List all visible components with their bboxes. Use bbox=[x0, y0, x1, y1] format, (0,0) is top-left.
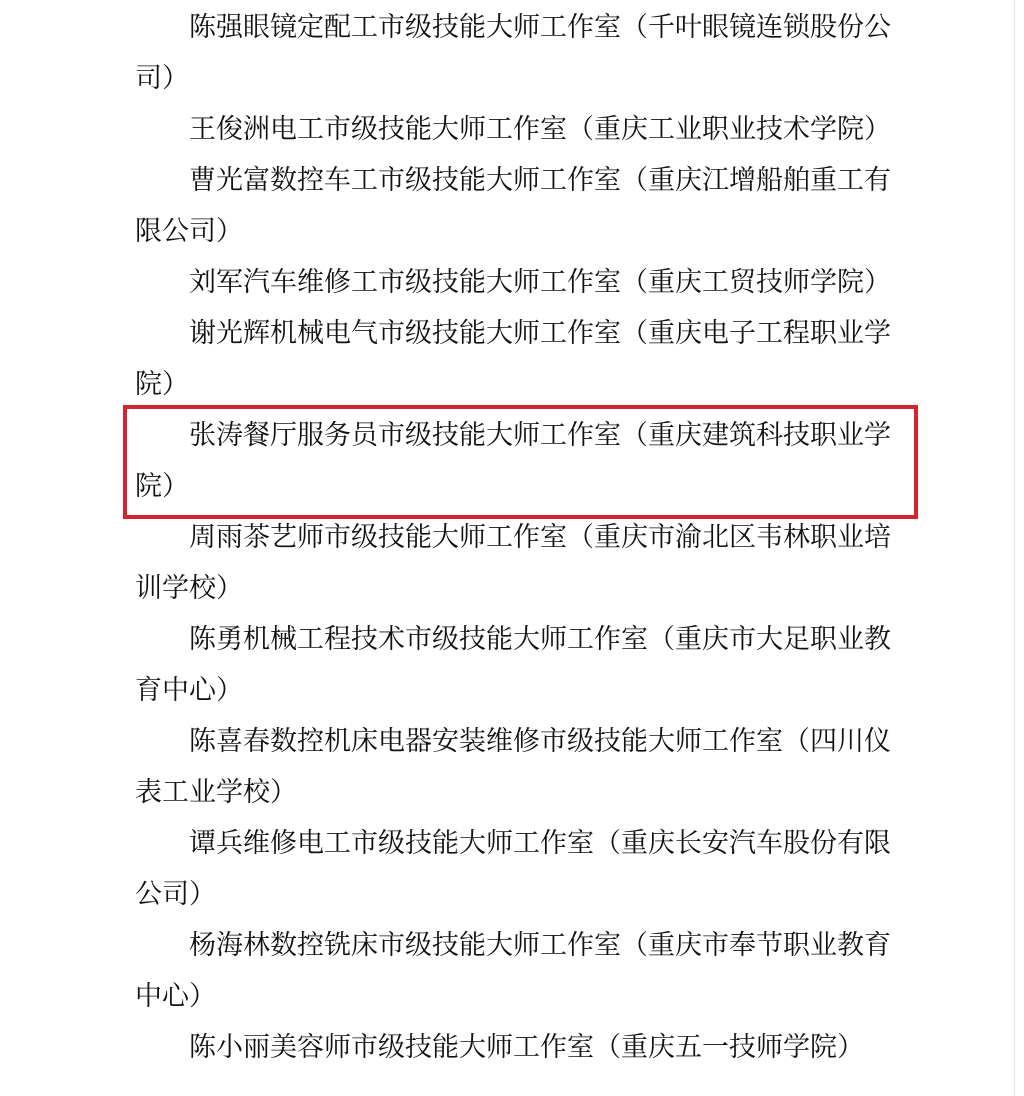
workshop-entry: 刘军汽车维修工市级技能大师工作室（重庆工贸技师学院） bbox=[135, 257, 899, 308]
workshop-entry: 陈勇机械工程技术市级技能大师工作室（重庆市大足职业教 育中心） bbox=[135, 614, 899, 716]
workshop-entry-highlighted: 张涛餐厅服务员市级技能大师工作室（重庆建筑科技职业学 院） bbox=[123, 405, 918, 519]
workshop-entry: 杨海林数控铣床市级技能大师工作室（重庆市奉节职业教育 中心） bbox=[135, 920, 899, 1022]
workshop-entry: 谢光辉机械电气市级技能大师工作室（重庆电子工程职业学 院） bbox=[135, 308, 899, 410]
workshop-entry: 陈喜春数控机床电器安装维修市级技能大师工作室（四川仪 表工业学校） bbox=[135, 716, 899, 818]
workshop-entry: 陈强眼镜定配工市级技能大师工作室（千叶眼镜连锁股份公 司） bbox=[135, 2, 899, 104]
workshop-entry: 王俊洲电工市级技能大师工作室（重庆工业职业技术学院） bbox=[135, 104, 899, 155]
workshop-entry: 谭兵维修电工市级技能大师工作室（重庆长安汽车股份有限 公司） bbox=[135, 818, 899, 920]
page-edge-line bbox=[1014, 0, 1015, 1096]
workshop-entry: 周雨茶艺师市级技能大师工作室（重庆市渝北区韦林职业培 训学校） bbox=[135, 512, 899, 614]
workshop-entry: 陈小丽美容师市级技能大师工作室（重庆五一技师学院） bbox=[135, 1022, 899, 1073]
document-body: 陈强眼镜定配工市级技能大师工作室（千叶眼镜连锁股份公 司） 王俊洲电工市级技能大… bbox=[135, 2, 899, 1073]
workshop-entry: 曹光富数控车工市级技能大师工作室（重庆江增船舶重工有 限公司） bbox=[135, 155, 899, 257]
